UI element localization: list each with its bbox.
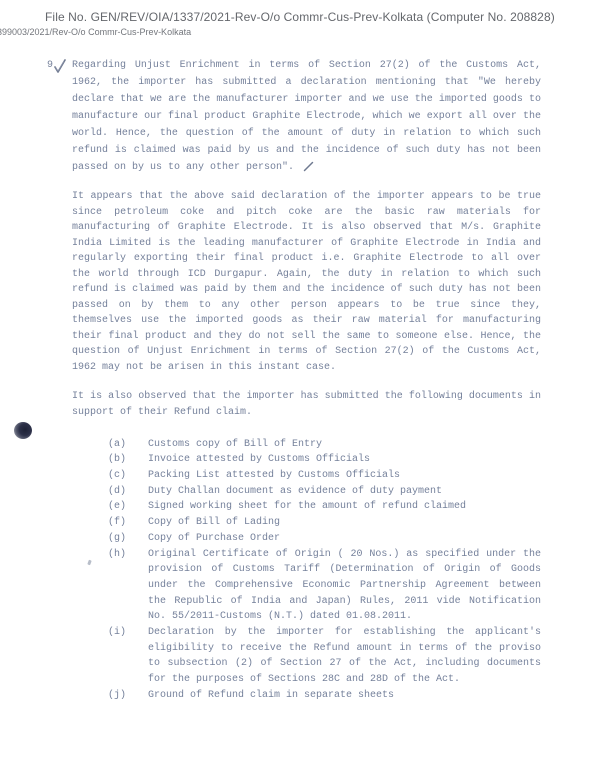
document-item-c: (c) Packing List attested by Customs Off…: [72, 468, 541, 484]
reference-number-line: 399003/2021/Rev-O/o Commr-Cus-Prev-Kolka…: [0, 27, 191, 37]
item-text: Original Certificate of Origin ( 20 Nos.…: [148, 547, 541, 626]
paragraph-9: 9 Regarding Unjust Enrichment in terms o…: [72, 57, 541, 176]
item-text: Duty Challan document as evidence of dut…: [148, 484, 541, 500]
item-label: (c): [108, 468, 148, 484]
item-label: (e): [108, 499, 148, 515]
document-item-j: (j) Ground of Refund claim in separate s…: [72, 688, 541, 704]
item-text: Customs copy of Bill of Entry: [148, 437, 541, 453]
item-label: (d): [108, 484, 148, 500]
document-item-e: (e) Signed working sheet for the amount …: [72, 499, 541, 515]
document-body: 9 Regarding Unjust Enrichment in terms o…: [72, 57, 541, 704]
document-page: File No. GEN/REV/OIA/1337/2021-Rev-O/o C…: [0, 0, 589, 776]
item-label: (a): [108, 437, 148, 453]
documents-list: (a) Customs copy of Bill of Entry (b) In…: [72, 437, 541, 704]
document-item-d: (d) Duty Challan document as evidence of…: [72, 484, 541, 500]
ink-blot: [14, 422, 32, 439]
item-label: (i): [108, 625, 148, 688]
check-mark-icon: [53, 58, 68, 75]
pen-slash-icon: [303, 161, 314, 172]
item-label: (j): [108, 688, 148, 704]
paragraph-documents-intro: It is also observed that the importer ha…: [72, 389, 541, 421]
item-text: Copy of Purchase Order: [148, 531, 541, 547]
item-text: Ground of Refund claim in separate sheet…: [148, 688, 541, 704]
document-item-h: (h) Original Certificate of Origin ( 20 …: [72, 547, 541, 626]
item-text: Invoice attested by Customs Officials: [148, 452, 541, 468]
item-text: Declaration by the importer for establis…: [148, 625, 541, 688]
file-number-header: File No. GEN/REV/OIA/1337/2021-Rev-O/o C…: [45, 10, 555, 24]
paragraph-9-text: Regarding Unjust Enrichment in terms of …: [72, 60, 541, 173]
item-label: (b): [108, 452, 148, 468]
item-label: (h): [108, 547, 148, 626]
document-item-g: (g) Copy of Purchase Order: [72, 531, 541, 547]
item-label: (f): [108, 515, 148, 531]
item-text: Packing List attested by Customs Officia…: [148, 468, 541, 484]
document-item-a: (a) Customs copy of Bill of Entry: [72, 437, 541, 453]
item-label: (g): [108, 531, 148, 547]
document-item-b: (b) Invoice attested by Customs Official…: [72, 452, 541, 468]
item-text: Signed working sheet for the amount of r…: [148, 499, 541, 515]
paragraph-appears: It appears that the above said declarati…: [72, 189, 541, 375]
item-text: Copy of Bill of Lading: [148, 515, 541, 531]
document-item-f: (f) Copy of Bill of Lading: [72, 515, 541, 531]
document-item-i: (i) Declaration by the importer for esta…: [72, 625, 541, 688]
